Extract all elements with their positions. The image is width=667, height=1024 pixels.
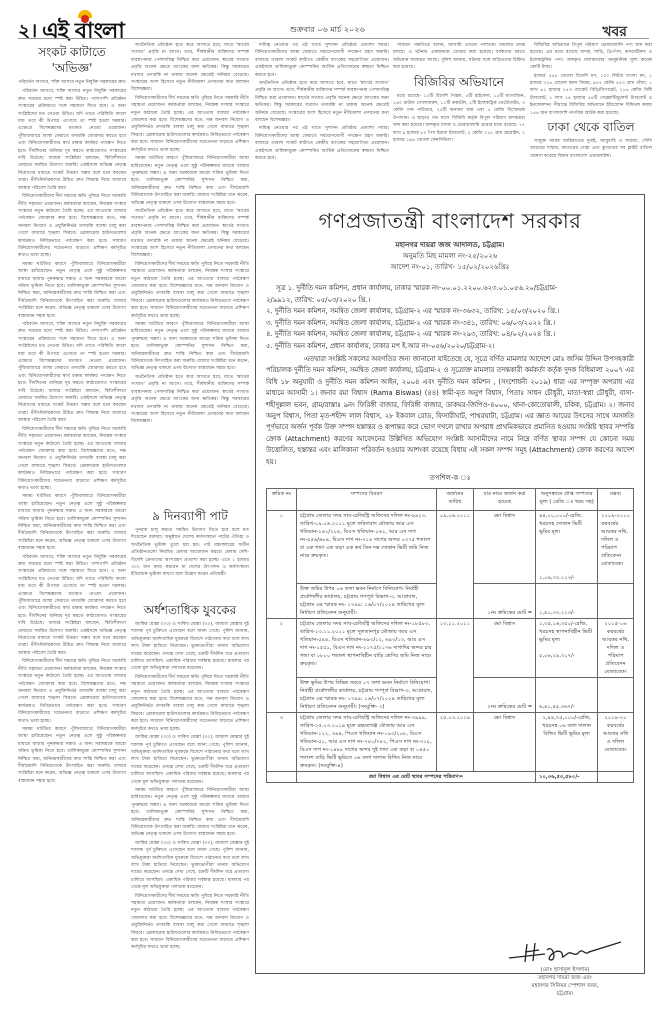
court-name: মহানগর দায়রা জজ আদালত, চট্টগ্রাম।	[266, 240, 634, 251]
article-body: পরিবর্তন আসবে, শক্তি আসবে নতুন নিযুক্তি …	[18, 554, 126, 658]
notice-body: এতদ্বারা সংশ্লিষ্ট সকলের অবগতির জন্য জান…	[266, 354, 634, 468]
article-body: সমন্বয় ঘাটতির কারণে পুঁজিবাজারে বিনিয়ো…	[18, 493, 126, 552]
reference-item: সূত্র ১. দুর্নীতি দমন কমিশন, প্রধান কার্…	[266, 283, 634, 295]
reference-item: ৫. দুর্নীতি দমন কমিশন, প্রধান কার্যালয়,…	[266, 341, 634, 353]
remark-cell	[598, 584, 634, 619]
masthead: ২। এই বাংলা শুক্রবার ০৬ মার্চ ২০২৬ খবর	[0, 0, 667, 40]
col-header: অর্জনের তারিখ	[436, 489, 473, 511]
value-cell: ১,৩৫,১৬,৩৫০/-রেজি, খরচসহ স্থাপনাবিহীন ভি…	[536, 619, 598, 678]
grand-total-row: রমা বিশ্বাস এর মোট স্থাবর সম্পদের পরিমাণ…	[267, 772, 634, 783]
article-body: বিনিয়োগকারীদের দীর্ঘ সময়ের ক্ষতি পুষিয…	[18, 426, 126, 493]
article-body: পরিবর্তন আসবে, শক্তি আসবে নতুন নিযুক্তি …	[18, 321, 126, 425]
serial-cell: ২	[267, 619, 297, 713]
value-cell: ৪৪,০০,০০০/-রেজি, খরচসহ দোকান ভিটি ভূমির …	[536, 511, 598, 584]
headline-crisis: সংকট কাটাতে 'অভিজ্ঞ'	[18, 44, 126, 76]
article-body: অর্থনৈতিক প্রতিষ্ঠান হতে করে আসতে হবে, য…	[131, 374, 249, 426]
col-header: সম্পদের বিবরণ	[296, 489, 436, 511]
description-cell: চট্টগ্রাম জেলার সদর সাব-রেজিস্ট্রি অফিসে…	[296, 713, 436, 772]
reference-item: ২. দুর্নীতি দমন কমিশন, সমন্বিত জেলা কার্…	[266, 306, 634, 318]
description-cell: চট্টগ্রাম জেলার সদর সাব-রেজিস্ট্রি অফিসে…	[296, 619, 436, 678]
signature-icon	[505, 940, 625, 966]
empty-cell	[598, 772, 634, 783]
article-body: বিনিয়োগকারীদের দীর্ঘ সময়ের ক্ষতি পুষিয…	[131, 674, 249, 733]
signatory-title: মহানগর দায়রা জজ এবং	[490, 974, 640, 982]
court-notice: গণপ্রজাতন্ত্রী বাংলাদেশ সরকার মহানগর দায…	[255, 194, 645, 974]
order-number: আদেশ নং-০১, তারিখ- ১৫/০২/২০২৬খ্রিঃ	[266, 262, 634, 273]
table-row: ১ চট্টগ্রাম জেলার সদর সাব-রেজিস্ট্রি অফি…	[267, 511, 634, 584]
article-body: দায়িত্ব নেওয়ার পর এই খাতে সুশাসন প্রতি…	[255, 125, 389, 162]
article-body: বিনিয়োগকারীদের দীর্ঘ সময়ের ক্ষতি পুষিয…	[131, 261, 249, 320]
article-body: বিনিয়োগকারীদের দীর্ঘ সময়ের ক্ষতি পুষিয…	[131, 95, 249, 154]
header-rule	[18, 38, 649, 39]
article-body: বিনিয়োগকারীদের দীর্ঘ সময়ের ক্ষতি পুষিয…	[131, 893, 249, 952]
article-body: অর্থনৈতিক প্রতিষ্ঠান হতে করে আসতে হবে, য…	[131, 208, 249, 260]
asset-schedule-table: ক্রমিক নং সম্পদের বিবরণ অর্জনের তারিখ যা…	[266, 488, 634, 783]
article-body: পরিবর্তন আসবে, শক্তি আসবে নতুন নিযুক্তি …	[18, 88, 126, 192]
article-youths: অর্ধশতাধিক যুবকের জাকির মোল্লা (৩০) ও সা…	[131, 600, 249, 1018]
table-row: ২ চট্টগ্রাম জেলার সদর সাব-রেজিস্ট্রি অফি…	[267, 619, 634, 678]
article-body: বিনিয়োগকারীদের দীর্ঘ সময়ের ক্ষতি পুষিয…	[18, 193, 126, 260]
article-body: বিজিবির অভিযানে বিপুল পরিমাণ চোরাচালানি …	[530, 42, 652, 72]
case-number: অনুমতি মিছ মামলা নং-২৫/২০২৬	[266, 251, 634, 262]
col-header: মন্তব্য	[598, 489, 634, 511]
description-cell: উক্ত ভূমির উপর বিভিন্ন সময়ে ০৭ তলা ভবন …	[296, 678, 436, 713]
section-name: খবর	[602, 20, 627, 44]
reference-item: ৩. দুর্নীতি দমন কমিশন, সমন্বিত জেলা কার্…	[266, 318, 634, 330]
date-cell: ০৯.০৬.২০১১	[436, 511, 473, 619]
headline-youths: অর্ধশতাধিক যুবকের	[131, 602, 249, 618]
serial-cell: ১	[267, 511, 297, 619]
signatory-title: মহানগর সিনিয়র স্পেশাল জজ,	[490, 982, 640, 990]
signatory-name: (মোঃ হাসানুল ইসলাম)	[490, 966, 640, 974]
remark-cell	[598, 678, 634, 713]
issue-date: শুক্রবার ০৬ মার্চ ২০২৬	[290, 24, 365, 37]
article-body: সমন্বয় ঘাটতির কারণে পুঁজিবাজারে বিনিয়ো…	[131, 321, 249, 373]
remark-cell: ২০১৯-২০ করবর্ষের আয়কর নথি ও দলিল মোতাবে…	[598, 713, 634, 772]
notice-title: গণপ্রজাতন্ত্রী বাংলাদেশ সরকার	[266, 205, 634, 240]
reference-item: ২/৯৯১২, তারিখ: ০৫/০৩/২০২০ খ্রি.।	[266, 295, 634, 307]
article-body: হাজার ৫৫৮ বোতল বিদেশি মদ, ১০০ লিটার বাংল…	[530, 73, 652, 117]
empty-cell	[267, 772, 297, 783]
table-header-row: ক্রমিক নং সম্পদের বিবরণ অর্জনের তারিখ যা…	[267, 489, 634, 511]
article-col3: দায়িত্ব নেওয়ার পর এই খাতে সুশাসন প্রতি…	[255, 42, 389, 190]
signature-block: (মোঃ হাসানুল ইসলাম) মহানগর দায়রা জজ এবং…	[490, 940, 640, 998]
article-body: দায়িত্ব নেওয়ার পর এই খাতে সুশাসন প্রতি…	[255, 42, 389, 79]
description-cell: উক্ত জমির উপর ০৬ তলা ভবন নির্মাণে বিনিয়…	[296, 584, 436, 619]
article-body: পুনরায় চালু করতে সমন্বিত উদ্যোগ নিতে হব…	[131, 527, 249, 579]
subtotal-label: ১নং ক্রমিকের মোট =	[474, 584, 536, 619]
value-cell: ২,৪৪,৭৫,০০০/-রেজি, খরচসহ ০৬ তলা দালান বি…	[536, 713, 598, 772]
value-text: ৪৪,০০,০০০/-রেজি, খরচসহ দোকান ভিটি ভূমির …	[539, 512, 594, 536]
reference-list: সূত্র ১. দুর্নীতি দমন কমিশন, প্রধান কার্…	[266, 283, 634, 352]
article-body: জাকির মোল্লা (৩০) ও সাকিব মোল্লা (৩০), জ…	[131, 621, 249, 673]
subtotal-label: ২নং ক্রমিকের মোট =	[474, 678, 536, 713]
article-body: সমন্বয় ঘাটতির কারণে পুঁজিবাজারে বিনিয়ো…	[18, 261, 126, 320]
owner-cell: রমা বিশ্বাস	[474, 713, 536, 772]
article-body: বিনিয়োগকারীদের দীর্ঘ সময়ের ক্ষতি পুষিয…	[18, 658, 126, 725]
remark-cell: ২০১৫-১৬ করবর্ষের আয়কর নথি, দলিল ও পরিমা…	[598, 619, 634, 678]
grand-total-label: রমা বিশ্বাস এর মোট স্থাবর সম্পদের পরিমাণ…	[296, 772, 535, 783]
article-body: সমন্বয় ঘাটতির কারণে পুঁজিবাজারে বিনিয়ো…	[131, 155, 249, 207]
subtotal-value: ১,৫০,৩৩,২১৩/-	[536, 584, 598, 619]
deck-crisis: পরিবর্তন আসবে, শক্তি আসবে নতুন নিযুক্তি …	[18, 79, 126, 86]
article-capital-market: সংকট কাটাতে 'অভিজ্ঞ' পরিবর্তন আসবে, শক্ত…	[18, 42, 126, 1017]
serial-cell: ৩	[267, 713, 297, 772]
owner-cell: রমা বিশ্বাস	[474, 511, 536, 584]
article-body: সাধারণ পদ্ধতিতে বলেন, আসামি এখনো পলাতক। …	[393, 42, 525, 72]
col-header: যার নামে অর্জন করা হয়েছে	[474, 489, 536, 511]
article-body: সংযুক্ত আরব আমিরাতের দুবাই, আবুধাবি ও শা…	[530, 138, 652, 160]
schedule-title: তপশিল-ক ঃ	[266, 472, 634, 484]
value-amount: ৫,০৬,২৯,৩১৭/-	[539, 652, 594, 660]
article-col4: সাধারণ পদ্ধতিতে বলেন, আসামি এখনো পলাতক। …	[393, 42, 525, 190]
signatory-place: চট্টগ্রাম।	[490, 990, 640, 998]
article-body: অর্থনৈতিক প্রতিষ্ঠান হতে করে আসতে হবে, য…	[255, 80, 389, 124]
article-body: অর্থনৈতিক প্রতিষ্ঠান হতে করে আসতে হবে, য…	[131, 42, 249, 94]
date-cell: ১৩.১১.২০১১	[436, 619, 473, 713]
owner-cell: রমা বিশ্বাস	[474, 619, 536, 678]
remark-cell: ২০০৯-২০১০ করবর্ষের আয়কর নথি, দলিল ও পরি…	[598, 511, 634, 584]
value-text: ১,৩৫,১৬,৩৫০/-রেজি, খরচসহ স্থাপনাবিহীন ভি…	[539, 620, 594, 644]
col-header: অনুসন্ধানে প্রাপ্ত সম্পদের মূল্য ( রেজি …	[536, 489, 598, 511]
article-col5: বিজিবির অভিযানে বিপুল পরিমাণ চোরাচালানি …	[530, 42, 652, 190]
article-body: মধ্যে রয়েছে- ১৫টি বিদেশি পিস্তল, ৫টি রা…	[393, 93, 525, 145]
col-header: ক্রমিক নং	[267, 489, 297, 511]
grand-total-value: ১০,৩৬,৫৩,৫৮০/-	[536, 772, 598, 783]
article-body: জাকির মোল্লা (৩০) ও সাকিব মোল্লা (৩০), জ…	[131, 734, 249, 786]
table-row: ৩ চট্টগ্রাম জেলার সদর সাব-রেজিস্ট্রি অফি…	[267, 713, 634, 772]
article-col2: অর্থনৈতিক প্রতিষ্ঠান হতে করে আসতে হবে, য…	[131, 42, 249, 502]
description-cell: চট্টগ্রাম জেলার সদর সাব-রেজিস্ট্রি অফিসে…	[296, 511, 436, 584]
article-body: জাকির মোল্লা (৩০) ও সাকিব মোল্লা (৩০), জ…	[131, 840, 249, 892]
article-body: সমন্বয় ঘাটতির কারণে পুঁজিবাজারে বিনিয়ো…	[131, 787, 249, 839]
headline-jute: ৯ দিনব্যাপী পাট	[131, 508, 249, 524]
article-nine-day-jute: ৯ দিনব্যাপী পাট পুনরায় চালু করতে সমন্বি…	[131, 506, 249, 598]
subtotal-value: ৬,৪১,৪৫,৩৬৭/-	[536, 678, 598, 713]
reference-item: ৪. দুর্নীতি দমন কমিশন, সমন্বিত জেলা কার্…	[266, 329, 634, 341]
headline-bgb: বিজিবির অভিযানে	[393, 74, 525, 90]
article-body: সমন্বয় ঘাটতির কারণে পুঁজিবাজারে বিনিয়ো…	[18, 726, 126, 785]
value-amount: ১,০৬,৩৩,২১৩/-	[539, 574, 594, 582]
headline-dhaka: ঢাকা থেকে বাতিল	[530, 119, 652, 135]
date-cell: ২৫.০৩.২০১৯	[436, 713, 473, 772]
